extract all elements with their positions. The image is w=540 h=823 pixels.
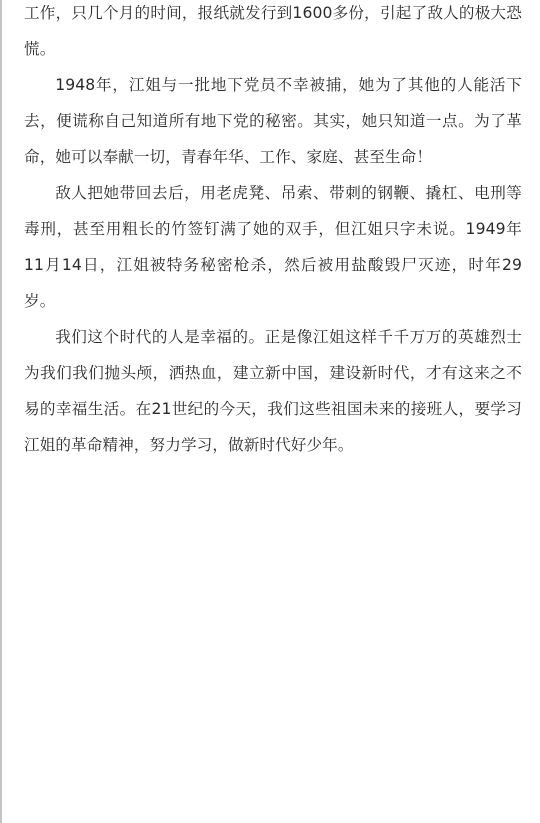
paragraph-2: 1948年，江姐与一批地下党员不幸被捕，她为了其他的人能活下去，便谎称自己知道所… — [24, 67, 522, 175]
document-page: 工作，只几个月的时间，报纸就发行到1600多份，引起了敌人的极大恐慌。 1948… — [0, 0, 540, 823]
paragraph-4: 我们这个时代的人是幸福的。正是像江姐这样千千万万的英雄烈士为我们我们抛头颅，洒热… — [24, 319, 522, 463]
article-body: 工作，只几个月的时间，报纸就发行到1600多份，引起了敌人的极大恐慌。 1948… — [24, 0, 522, 463]
paragraph-3: 敌人把她带回去后，用老虎凳、吊索、带刺的钢鞭、撬杠、电刑等毒刑，甚至用粗长的竹签… — [24, 175, 522, 319]
paragraph-1: 工作，只几个月的时间，报纸就发行到1600多份，引起了敌人的极大恐慌。 — [24, 0, 522, 67]
